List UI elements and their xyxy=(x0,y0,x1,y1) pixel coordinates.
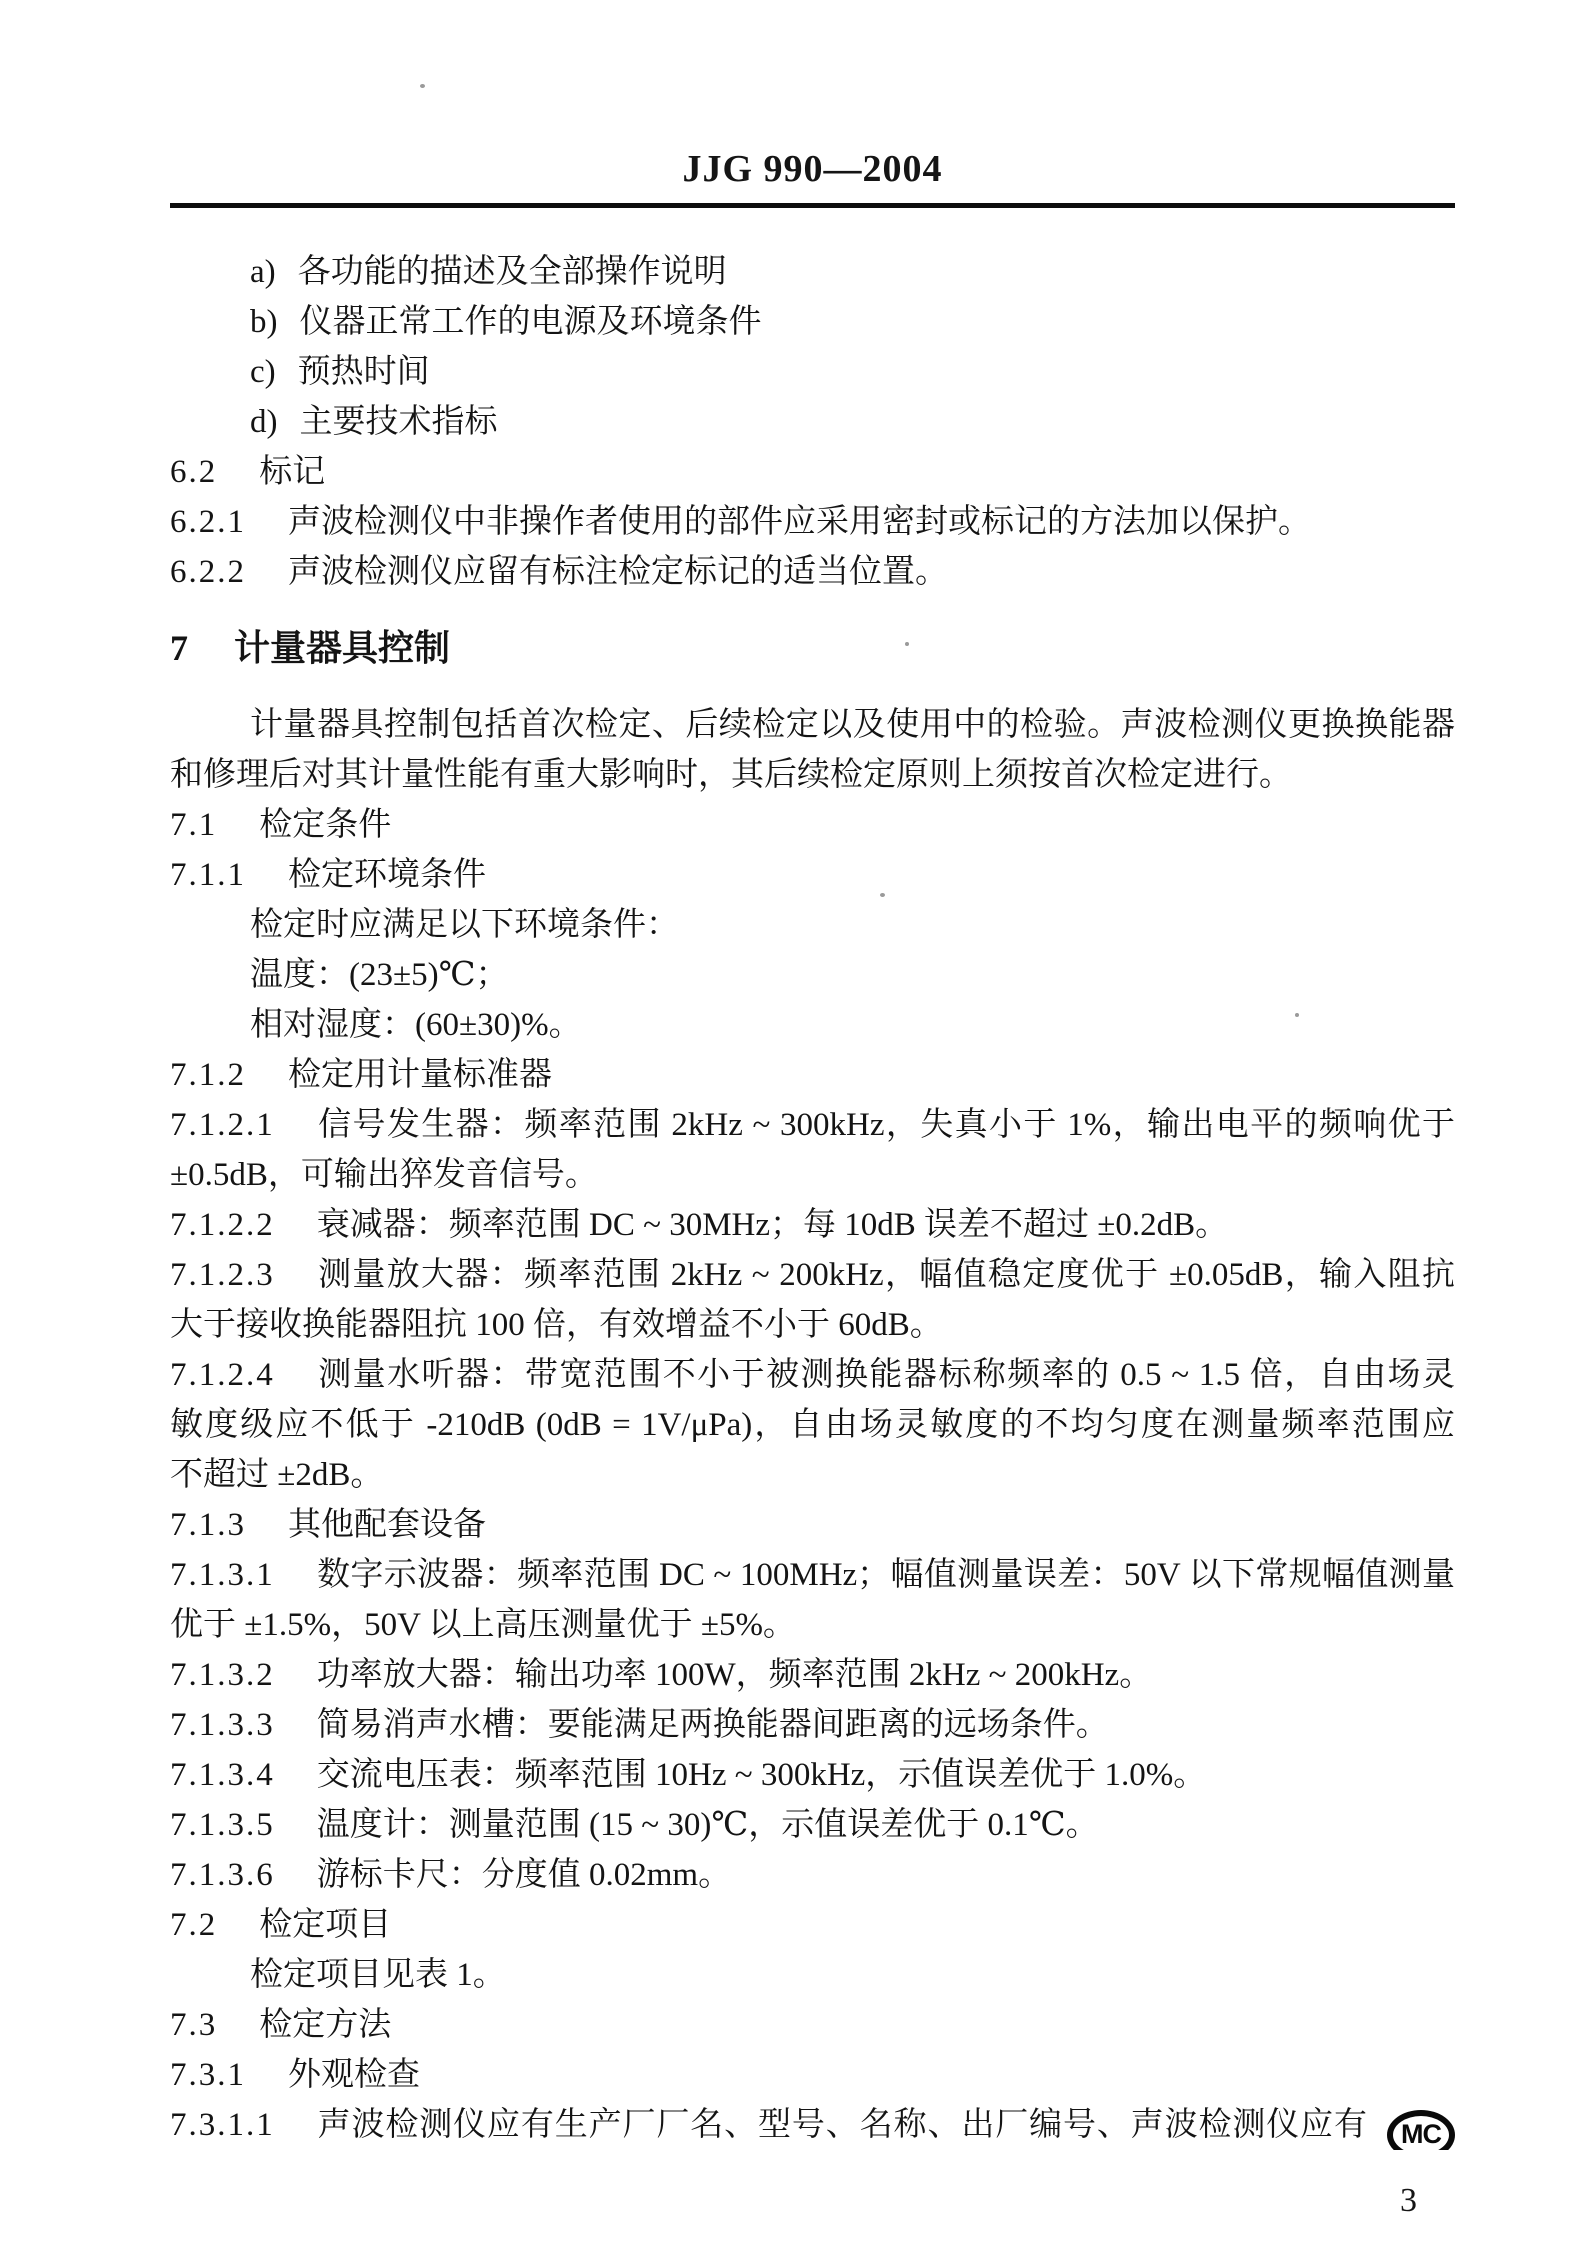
line-text: 和修理后对其计量性能有重大影响时，其后续检定原则上须按首次检定进行。 xyxy=(170,757,1292,793)
text-line: 和修理后对其计量性能有重大影响时，其后续检定原则上须按首次检定进行。 xyxy=(170,750,1455,800)
text-line: 7.1.3.3简易消声水槽：要能满足两换能器间距离的远场条件。 xyxy=(170,1700,1455,1750)
line-text: 检定环境条件 xyxy=(288,857,486,893)
text-line: 6.2标记 xyxy=(170,447,1455,497)
line-text: 大于接收换能器阻抗 100 倍，有效增益不小于 60dB。 xyxy=(170,1307,943,1343)
cmc-mark-icon: MC xyxy=(1387,2110,1455,2150)
text-line: 7.1.3其他配套设备 xyxy=(170,1500,1455,1550)
line-text: 不超过 ±2dB。 xyxy=(170,1457,383,1493)
line-text: 测量放大器：频率范围 2kHz ~ 200kHz，幅值稳定度优于 ±0.05dB… xyxy=(317,1257,1455,1293)
line-text: 检定时应满足以下环境条件： xyxy=(250,907,679,943)
line-number: 6.2.1 xyxy=(170,497,246,547)
text-line: 检定项目见表 1。 xyxy=(170,1950,1455,2000)
scan-speck xyxy=(420,84,425,88)
text-line: 7.1.2检定用计量标准器 xyxy=(170,1050,1455,1100)
line-number: 7.3 xyxy=(170,2000,217,2050)
line-number: 7.1.2.2 xyxy=(170,1200,275,1250)
scan-speck xyxy=(905,642,909,646)
text-line: ±0.5dB，可输出猝发音信号。 xyxy=(170,1150,1455,1200)
line-number: 7.1.3.6 xyxy=(170,1850,275,1900)
text-line: 优于 ±1.5%，50V 以上高压测量优于 ±5%。 xyxy=(170,1600,1455,1650)
text-line: 检定时应满足以下环境条件： xyxy=(170,900,1455,950)
document-body: a)各功能的描述及全部操作说明 b)仪器正常工作的电源及环境条件 c)预热时间 … xyxy=(170,247,1455,2150)
text-line: 大于接收换能器阻抗 100 倍，有效增益不小于 60dB。 xyxy=(170,1300,1455,1350)
header-rule xyxy=(170,203,1455,208)
doc-standard-number: JJG 990—2004 xyxy=(170,148,1455,190)
line-text: 检定项目 xyxy=(259,1907,391,1943)
text-line: 7.1.1检定环境条件 xyxy=(170,850,1455,900)
text-line: 7.1.2.3测量放大器：频率范围 2kHz ~ 200kHz，幅值稳定度优于 … xyxy=(170,1250,1455,1300)
line-text: 其他配套设备 xyxy=(288,1507,486,1543)
text-line: 6.2.2声波检测仪应留有标注检定标记的适当位置。 xyxy=(170,547,1455,597)
text-line: d)主要技术指标 xyxy=(170,397,1455,447)
line-text: ±0.5dB，可输出猝发音信号。 xyxy=(170,1157,598,1193)
line-text: 标记 xyxy=(259,454,325,490)
line-number: c) xyxy=(250,347,276,397)
line-text: 仪器正常工作的电源及环境条件 xyxy=(300,304,762,340)
document-page: JJG 990—2004 a)各功能的描述及全部操作说明 b)仪器正常工作的电源… xyxy=(0,0,1592,2250)
line-text: 简易消声水槽：要能满足两换能器间距离的远场条件。 xyxy=(317,1707,1109,1743)
line-text: 检定项目见表 1。 xyxy=(250,1957,506,1993)
text-line: b)仪器正常工作的电源及环境条件 xyxy=(170,297,1455,347)
text-line: 7.1.2.1信号发生器：频率范围 2kHz ~ 300kHz，失真小于 1%，… xyxy=(170,1100,1455,1150)
line-number: 7 xyxy=(170,623,190,673)
text-line: 7.1.3.2功率放大器：输出功率 100W，频率范围 2kHz ~ 200kH… xyxy=(170,1650,1455,1700)
line-text: 声波检测仪中非操作者使用的部件应采用密封或标记的方法加以保护。 xyxy=(288,504,1311,540)
line-text: 预热时间 xyxy=(298,354,430,390)
line-text: 各功能的描述及全部操作说明 xyxy=(298,254,727,290)
line-number: d) xyxy=(250,397,278,447)
line-number: 7.1.1 xyxy=(170,850,246,900)
line-text: 游标卡尺：分度值 0.02mm。 xyxy=(317,1857,731,1893)
line-text: 温度计：测量范围 (15 ~ 30)℃，示值误差优于 0.1℃。 xyxy=(317,1807,1099,1843)
text-line: 7.1.3.4交流电压表：频率范围 10Hz ~ 300kHz，示值误差优于 1… xyxy=(170,1750,1455,1800)
line-text: 信号发生器：频率范围 2kHz ~ 300kHz，失真小于 1%，输出电平的频响… xyxy=(317,1107,1455,1143)
line-number: 7.1.2 xyxy=(170,1050,246,1100)
line-number: 7.1.2.3 xyxy=(170,1250,275,1300)
page-number: 3 xyxy=(170,2176,1455,2226)
scan-speck xyxy=(880,893,885,897)
text-line: 计量器具控制包括首次检定、后续检定以及使用中的检验。声波检测仪更换换能器 xyxy=(170,700,1455,750)
line-number: a) xyxy=(250,247,276,297)
line-number: 6.2.2 xyxy=(170,547,246,597)
line-text: 声波检测仪应留有标注检定标记的适当位置。 xyxy=(288,554,948,590)
line-number: 7.1.3 xyxy=(170,1500,246,1550)
text-line: 温度：(23±5)℃； xyxy=(170,950,1455,1000)
line-number: 7.1 xyxy=(170,800,217,850)
line-number: 7.2 xyxy=(170,1900,217,1950)
line-number: 7.1.2.1 xyxy=(170,1100,275,1150)
text-line: 不超过 ±2dB。 xyxy=(170,1450,1455,1500)
line-text: 计量器具控制包括首次检定、后续检定以及使用中的检验。声波检测仪更换换能器 xyxy=(250,707,1455,743)
text-line: 7.1.3.6游标卡尺：分度值 0.02mm。 xyxy=(170,1850,1455,1900)
text-line: c)预热时间 xyxy=(170,347,1455,397)
line-text: 温度：(23±5)℃； xyxy=(250,957,509,993)
line-number: 7.1.3.2 xyxy=(170,1650,275,1700)
content-area: JJG 990—2004 a)各功能的描述及全部操作说明 b)仪器正常工作的电源… xyxy=(170,0,1455,2226)
line-text: 计量器具控制 xyxy=(234,628,450,668)
line-text: 检定用计量标准器 xyxy=(288,1057,552,1093)
line-number: 7.1.3.1 xyxy=(170,1550,275,1600)
text-line: 7.3.1外观检查 xyxy=(170,2050,1455,2100)
text-line: 7.1.2.2衰减器：频率范围 DC ~ 30MHz；每 10dB 误差不超过 … xyxy=(170,1200,1455,1250)
line-text: 衰减器：频率范围 DC ~ 30MHz；每 10dB 误差不超过 ±0.2dB。 xyxy=(317,1207,1228,1243)
text-line: 相对湿度：(60±30)%。 xyxy=(170,1000,1455,1050)
text-line: 7.1.2.4测量水听器：带宽范围不小于被测换能器标称频率的 0.5 ~ 1.5… xyxy=(170,1350,1455,1400)
line-number: 7.3.1.1 xyxy=(170,2100,275,2150)
line-text: 功率放大器：输出功率 100W，频率范围 2kHz ~ 200kHz。 xyxy=(317,1657,1152,1693)
text-line: 7.3.1.1声波检测仪应有生产厂厂名、型号、名称、出厂编号、声波检测仪应有 M… xyxy=(170,2100,1455,2150)
line-number: 7.1.3.5 xyxy=(170,1800,275,1850)
line-number: 7.1.2.4 xyxy=(170,1350,275,1400)
line-text: 数字示波器：频率范围 DC ~ 100MHz；幅值测量误差：50V 以下常规幅值… xyxy=(317,1557,1455,1593)
scan-speck xyxy=(1295,1013,1299,1017)
line-text: 交流电压表：频率范围 10Hz ~ 300kHz，示值误差优于 1.0%。 xyxy=(317,1757,1207,1793)
line-text: 相对湿度：(60±30)%。 xyxy=(250,1007,582,1043)
text-line: 7.3检定方法 xyxy=(170,2000,1455,2050)
line-text: 敏度级应不低于 -210dB (0dB = 1V/μPa)，自由场灵敏度的不均匀… xyxy=(170,1407,1455,1443)
text-line: 7.2检定项目 xyxy=(170,1900,1455,1950)
line-number: 6.2 xyxy=(170,447,217,497)
line-number: 7.3.1 xyxy=(170,2050,246,2100)
line-text: 主要技术指标 xyxy=(300,404,498,440)
line-text: 检定方法 xyxy=(259,2007,391,2043)
line-text: 优于 ±1.5%，50V 以上高压测量优于 ±5%。 xyxy=(170,1607,796,1643)
text-line: 7.1检定条件 xyxy=(170,800,1455,850)
line-text: 外观检查 xyxy=(288,2057,420,2093)
line-number: b) xyxy=(250,297,278,347)
text-line: a)各功能的描述及全部操作说明 xyxy=(170,247,1455,297)
line-text: 测量水听器：带宽范围不小于被测换能器标称频率的 0.5 ~ 1.5 倍，自由场灵 xyxy=(317,1357,1455,1393)
text-line: 7.1.3.1数字示波器：频率范围 DC ~ 100MHz；幅值测量误差：50V… xyxy=(170,1550,1455,1600)
line-number: 7.1.3.4 xyxy=(170,1750,275,1800)
text-line: 敏度级应不低于 -210dB (0dB = 1V/μPa)，自由场灵敏度的不均匀… xyxy=(170,1400,1455,1450)
text-line: 6.2.1声波检测仪中非操作者使用的部件应采用密封或标记的方法加以保护。 xyxy=(170,497,1455,547)
line-text: 声波检测仪应有生产厂厂名、型号、名称、出厂编号、声波检测仪应有 xyxy=(317,2107,1368,2143)
text-line: 7计量器具控制 xyxy=(170,623,1455,673)
line-number: 7.1.3.3 xyxy=(170,1700,275,1750)
line-text: 检定条件 xyxy=(259,807,391,843)
text-line: 7.1.3.5温度计：测量范围 (15 ~ 30)℃，示值误差优于 0.1℃。 xyxy=(170,1800,1455,1850)
